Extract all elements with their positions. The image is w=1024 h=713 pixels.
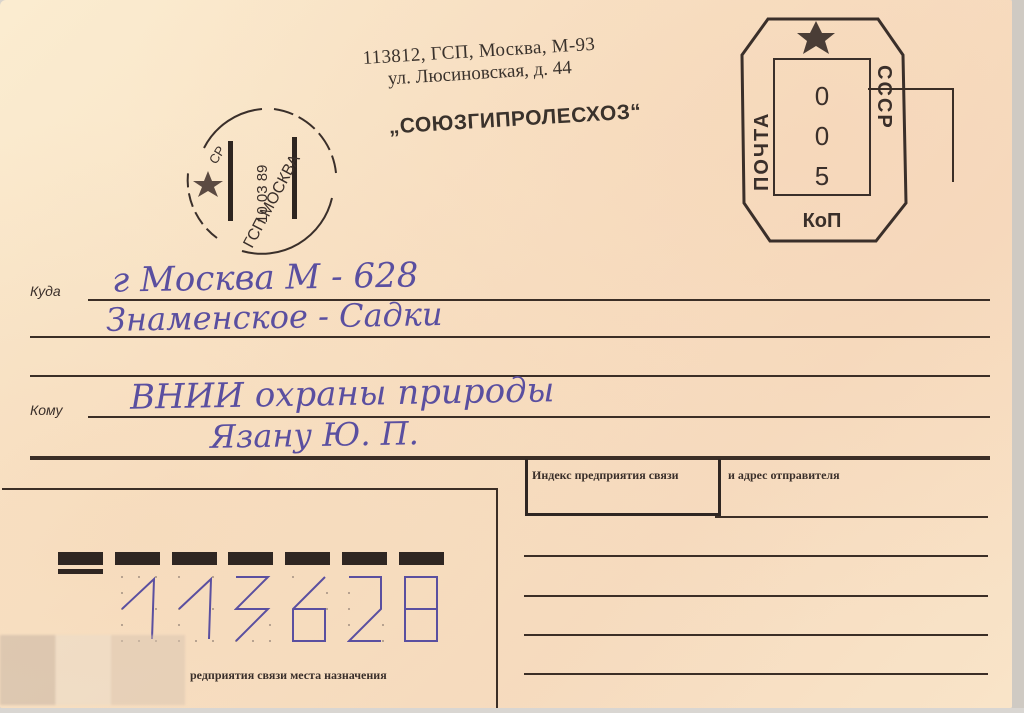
- handwritten-to-line1: г Москва М - 628: [112, 255, 419, 300]
- sender-organization: „СОЮЗГИПРОЛЕСХОЗ“: [388, 100, 642, 139]
- sender-line-0: [715, 516, 988, 518]
- sender-address-label: и адрес отправителя: [728, 468, 840, 483]
- whom-line-2: [30, 456, 990, 460]
- svg-text:ПОЧТА: ПОЧТА: [751, 112, 773, 191]
- sender-stamp: 113812, ГСП, Москва, М-93 ул. Люсиновска…: [362, 31, 642, 141]
- sender-line-3: [524, 634, 988, 636]
- postcode-bar-5: [342, 552, 387, 565]
- svg-text:СССР: СССР: [873, 65, 895, 130]
- postcode-underbar: [58, 569, 103, 574]
- postcode-bar-6: [399, 552, 444, 565]
- postcode-bar-4: [285, 552, 330, 565]
- to-label: Куда: [30, 283, 61, 299]
- postcode-digit-2: [177, 575, 215, 643]
- postcode-digit-3: [234, 575, 272, 643]
- handwritten-whom-line2: Язану Ю. П.: [210, 414, 419, 456]
- postcode-digit-2b: [347, 575, 385, 643]
- stamp-corner-line-v: [952, 88, 954, 182]
- svg-text:СР: СР: [206, 143, 228, 166]
- sender-index-label: Индекс предприятия связи: [532, 468, 679, 483]
- round-postmark: СР 10 03 89 ГСП МОСКВА: [182, 103, 340, 255]
- scan-edge-bottom: [0, 708, 1024, 713]
- blurred-region: [0, 635, 185, 705]
- postcode-bar-0: [58, 552, 103, 565]
- postcode-digit-8: [403, 575, 441, 643]
- postmark-icon: СР 10 03 89 ГСП МОСКВА: [182, 103, 340, 255]
- sender-line-4: [524, 673, 988, 675]
- scan-edge-right: [1012, 0, 1024, 713]
- stamp-corner-line-h: [868, 88, 954, 90]
- postcode-digit-6: [291, 575, 329, 643]
- postcode-bar-1: [115, 552, 160, 565]
- postage-stamp: 0 0 5 ПОЧТА СССР КоП: [738, 13, 908, 245]
- sender-line-1: [524, 555, 988, 557]
- postcode-bar-2: [172, 552, 217, 565]
- sender-line-2: [524, 595, 988, 597]
- handwritten-whom-line1: ВНИИ охраны природы: [130, 370, 555, 417]
- envelope: 113812, ГСП, Москва, М-93 ул. Люсиновска…: [0, 0, 1012, 708]
- postcode-caption: редприятия связи места назначения: [190, 668, 387, 683]
- svg-text:0: 0: [815, 81, 829, 111]
- svg-text:0: 0: [815, 121, 829, 151]
- postcode-bar-3: [228, 552, 273, 565]
- svg-text:5: 5: [815, 161, 829, 191]
- svg-text:КоП: КоП: [803, 210, 842, 232]
- whom-label: Кому: [30, 402, 62, 418]
- postcode-digit-1: [120, 575, 158, 643]
- handwritten-to-line2: Знаменское - Садки: [106, 295, 443, 339]
- postage-octagon-icon: 0 0 5 ПОЧТА СССР КоП: [738, 13, 908, 245]
